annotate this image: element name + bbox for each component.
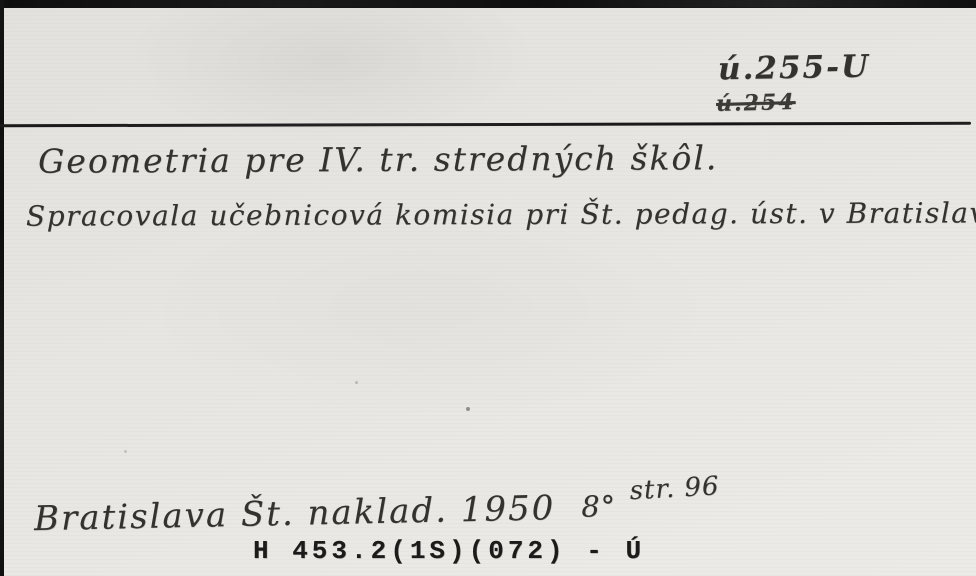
call-number-crossed-out: ú.254: [716, 89, 796, 117]
call-number: ú.255-U: [718, 49, 871, 88]
catalog-card: ú.255-U ú.254 Geometria pre IV. tr. stre…: [0, 0, 976, 576]
paper-speck: [355, 381, 358, 384]
classification-number-typed: H 453.2(1S)(072) - Ú: [253, 536, 645, 566]
statement-of-responsibility-line: Spracovala učebnicová komisia pri Št. pe…: [26, 196, 976, 232]
paper-speck: [466, 407, 470, 411]
paper-speck: [124, 450, 127, 453]
ruled-divider-line: [0, 122, 971, 128]
imprint-pagination-note: str. 96: [629, 471, 721, 506]
scan-edge-top: [0, 0, 976, 8]
scan-edge-left: [0, 0, 4, 576]
imprint-line: Bratislava Št. naklad. 1950 8° str. 96: [34, 485, 721, 539]
imprint-format-note: 8°: [581, 489, 617, 524]
title-line: Geometria pre IV. tr. stredných škôl.: [38, 138, 719, 181]
imprint-place-publisher-year: Bratislava Št. naklad. 1950: [34, 488, 556, 539]
